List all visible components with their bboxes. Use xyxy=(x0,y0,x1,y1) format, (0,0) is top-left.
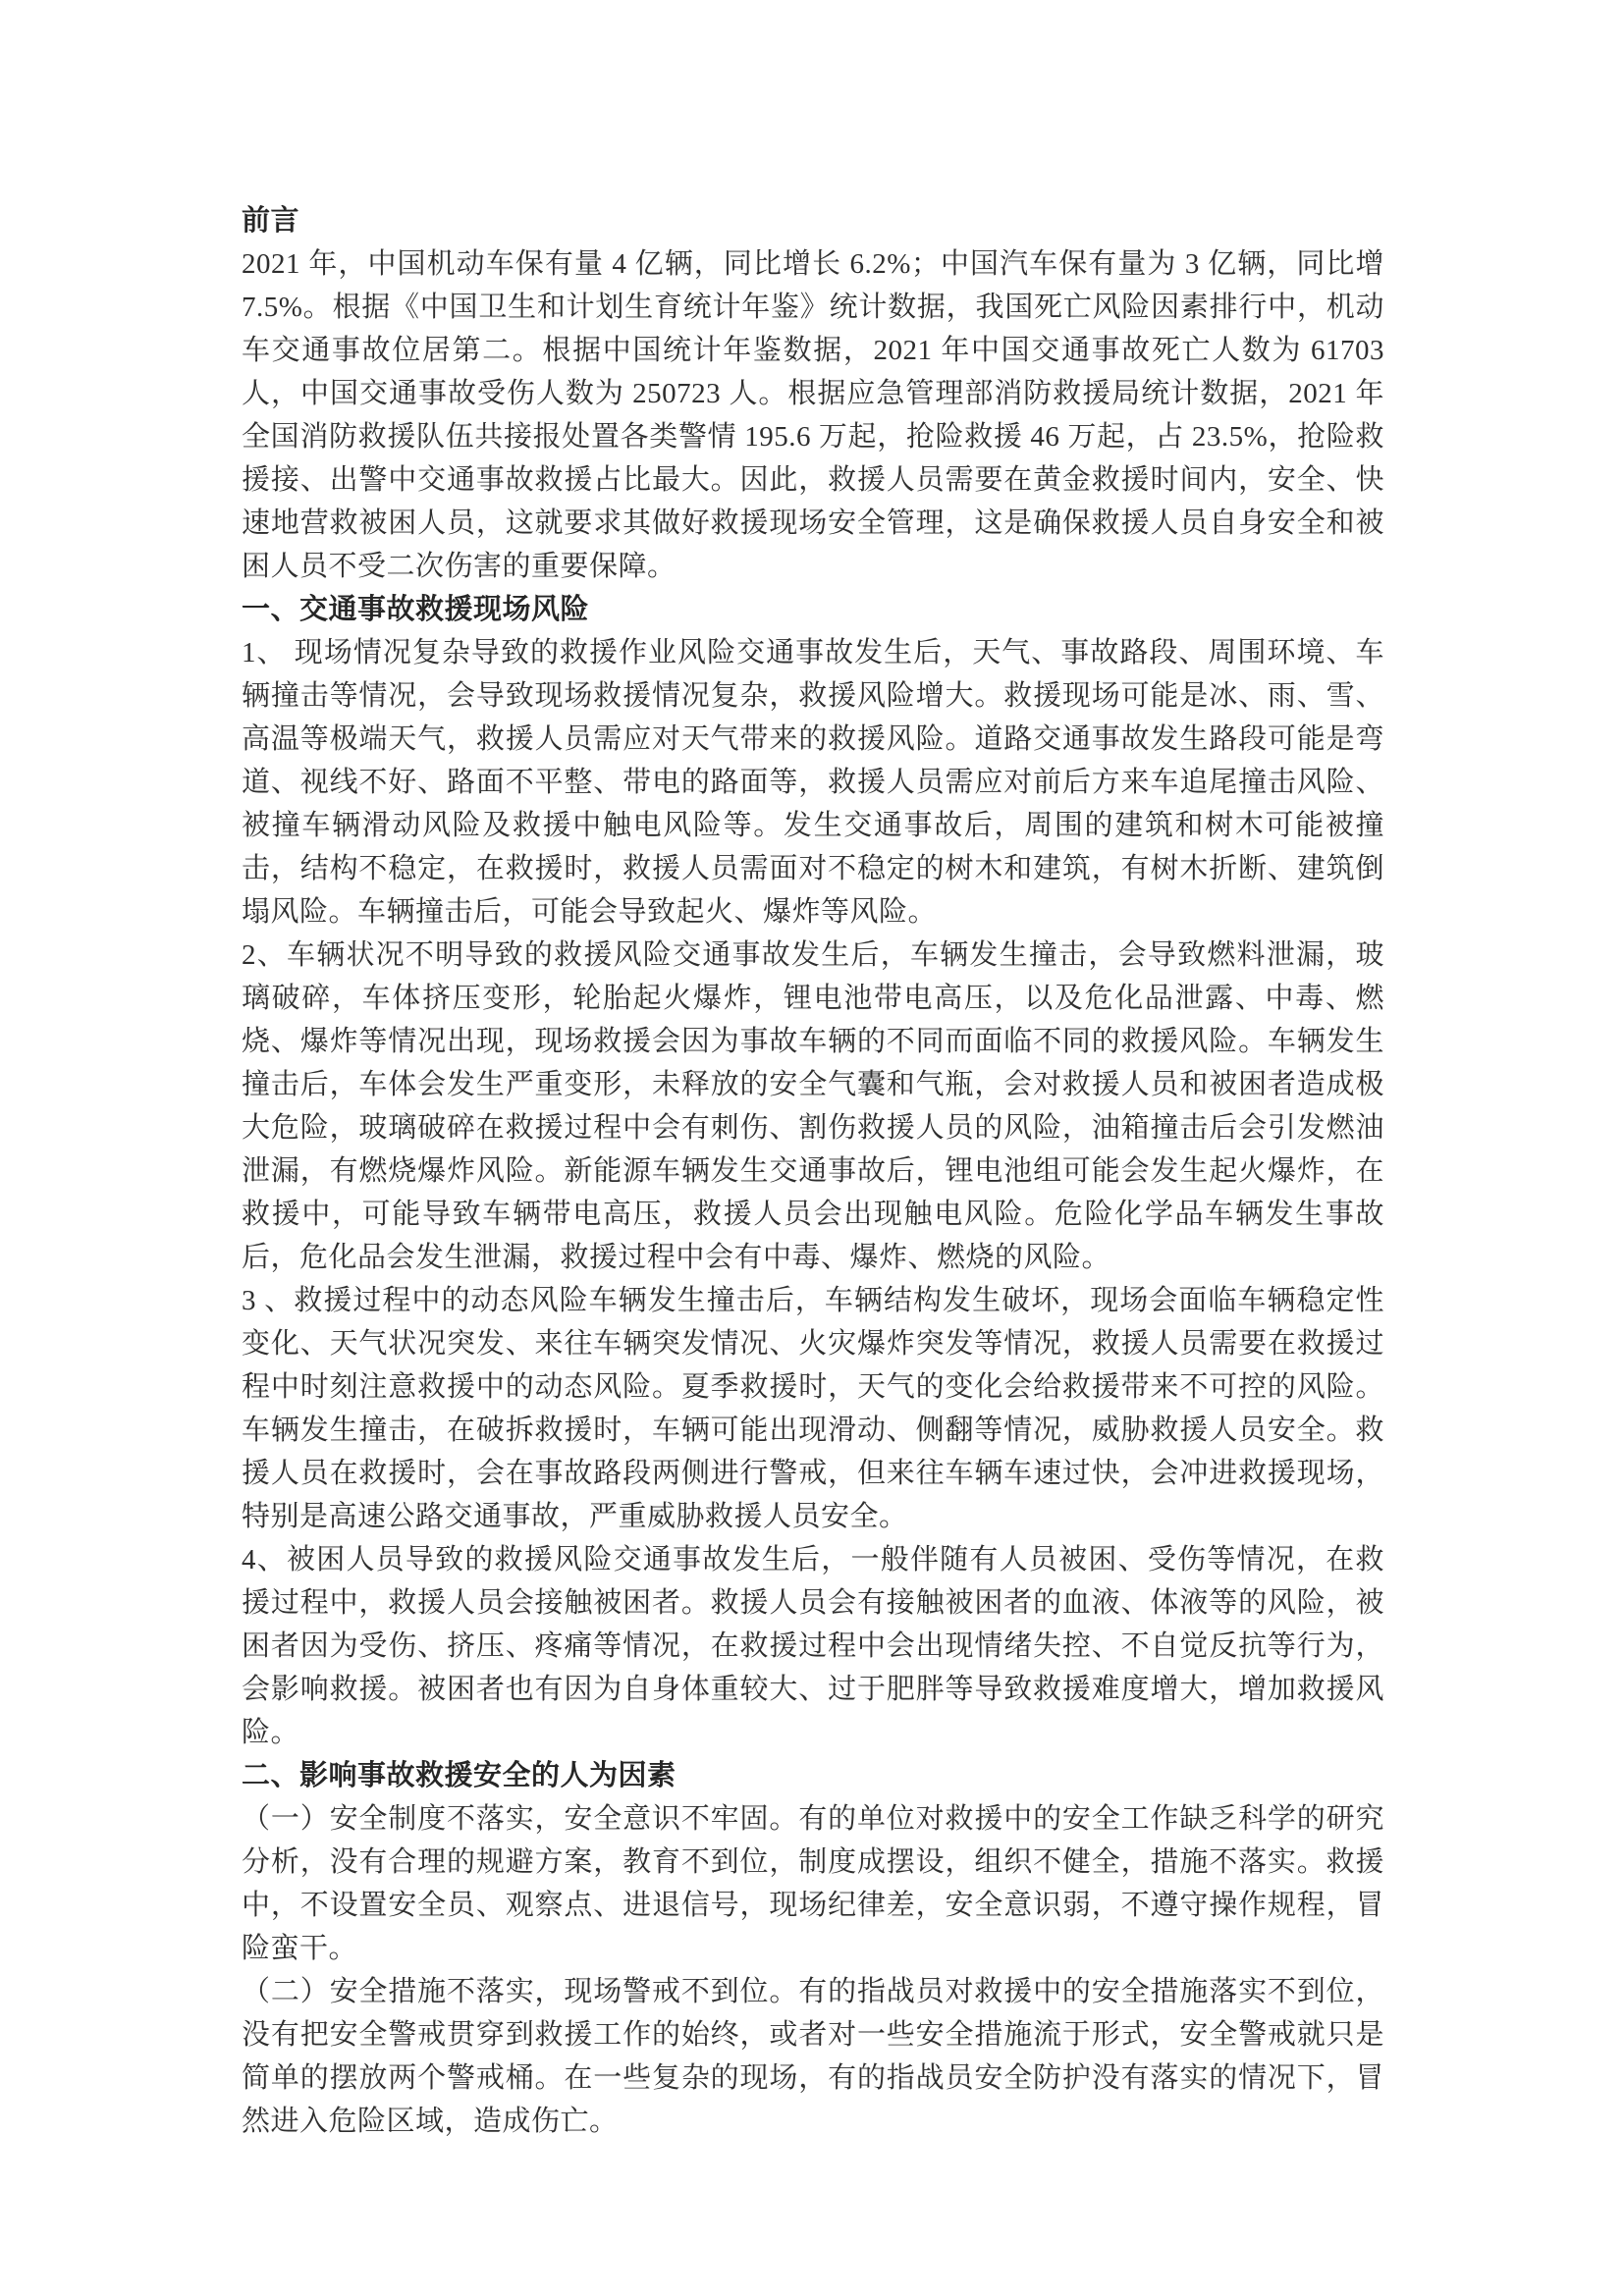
section1-paragraph-2: 2、车辆状况不明导致的救援风险交通事故发生后，车辆发生撞击，会导致燃料泄漏，玻璃… xyxy=(242,934,1384,1279)
section2-heading: 二、影响事故救援安全的人为因素 xyxy=(242,1754,1384,1797)
document-page: 前言 2021 年，中国机动车保有量 4 亿辆，同比增长 6.2%；中国汽车保有… xyxy=(0,0,1624,2296)
document-body: 前言 2021 年，中国机动车保有量 4 亿辆，同比增长 6.2%；中国汽车保有… xyxy=(242,199,1384,2143)
section1-paragraph-1: 1、 现场情况复杂导致的救援作业风险交通事故发生后，天气、事故路段、周围环境、车… xyxy=(242,631,1384,934)
section1-paragraph-4: 4、被困人员导致的救援风险交通事故发生后，一般伴随有人员被困、受伤等情况，在救援… xyxy=(242,1538,1384,1754)
section1-heading: 一、交通事故救援现场风险 xyxy=(242,588,1384,631)
section2-paragraph-2: （二）安全措施不落实，现场警戒不到位。有的指战员对救援中的安全措施落实不到位，没… xyxy=(242,1970,1384,2143)
section2-paragraph-1: （一）安全制度不落实，安全意识不牢固。有的单位对救援中的安全工作缺乏科学的研究分… xyxy=(242,1797,1384,1970)
preface-heading: 前言 xyxy=(242,199,1384,242)
section1-paragraph-3: 3 、救援过程中的动态风险车辆发生撞击后，车辆结构发生破坏，现场会面临车辆稳定性… xyxy=(242,1279,1384,1538)
preface-paragraph: 2021 年，中国机动车保有量 4 亿辆，同比增长 6.2%；中国汽车保有量为 … xyxy=(242,242,1384,588)
